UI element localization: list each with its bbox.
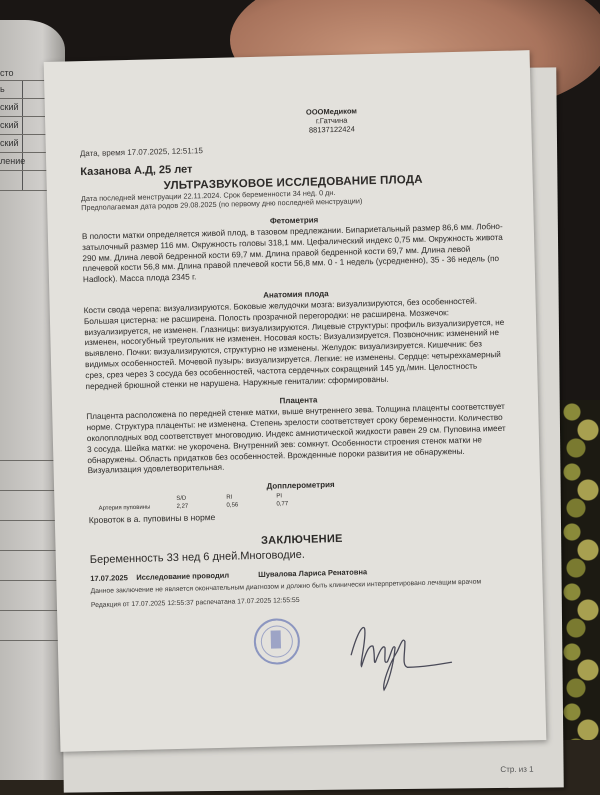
doctor-name: Шувалова Лариса Ренатовна (258, 567, 367, 579)
conclusion-date: 17.07.2025 (90, 573, 128, 583)
booklet-text: ление (0, 156, 25, 166)
doppler-cell: 0,56 (226, 501, 276, 510)
exam-datetime: Дата, время 17.07.2025, 12:51:15 (80, 139, 505, 158)
anatomy-text: Кости свода черепа: визуализируются. Бок… (84, 296, 511, 393)
conducted-label: Исследование проводил (136, 570, 258, 582)
fetometry-text: В полости матки определяется живой плод,… (82, 222, 508, 286)
placenta-text: Плацента расположена по передней стенке … (86, 402, 512, 477)
doppler-cell: 2,27 (176, 502, 226, 511)
stamp-icon (253, 618, 300, 665)
booklet-text: сто (0, 68, 14, 78)
page-footer: Стр. из 1 (500, 765, 533, 774)
doppler-cell: Артерия пуповины (98, 503, 176, 513)
signature-icon (342, 612, 454, 695)
booklet-text: ский (0, 138, 19, 148)
booklet-text: ский (0, 120, 19, 130)
ultrasound-report-page: ОООМедиком г.Гатчина 88137122424 Дата, в… (44, 50, 547, 752)
report-body: ОООМедиком г.Гатчина 88137122424 Дата, в… (79, 103, 516, 609)
booklet-text: ь (0, 84, 5, 94)
doppler-cell: 0,77 (276, 500, 288, 508)
booklet-text: ский (0, 102, 19, 112)
clinic-header: ОООМедиком г.Гатчина 88137122424 (159, 103, 505, 138)
